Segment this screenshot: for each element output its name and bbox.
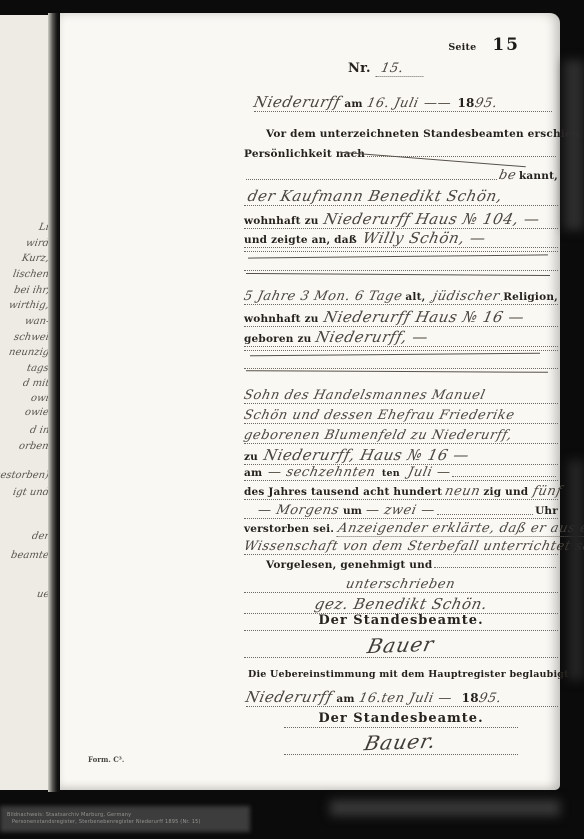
am-label: am bbox=[344, 98, 362, 110]
bekannt-prefix-written: be bbox=[497, 168, 517, 183]
persoenlichkeit-label: Persönlichkeit nach bbox=[244, 148, 365, 160]
scan-noise bbox=[330, 800, 560, 816]
standesbeamte-heading-2: Der Standesbeamte. bbox=[244, 711, 558, 726]
alt-label: alt, bbox=[405, 291, 425, 303]
cert-date: 16.ten Juli — bbox=[357, 691, 453, 706]
intro-line-2: Persönlichkeit nach bbox=[244, 148, 558, 160]
unterschrieben-written: unterschrieben bbox=[345, 577, 457, 592]
bekannt-row: be kannt, bbox=[244, 168, 558, 183]
page-header: Seite 15 bbox=[244, 35, 558, 55]
geboren-label: geboren zu bbox=[244, 333, 311, 345]
margin-fragment: wirthig, bbox=[8, 300, 50, 311]
declaration-row-1: verstorben sei. Anzeigender erklärte, da… bbox=[244, 521, 558, 537]
year-line-label: des Jahres tausend acht hundert bbox=[244, 486, 442, 498]
blank-line bbox=[244, 270, 558, 271]
year-tens-written: neun bbox=[444, 484, 482, 499]
page-fold-shadow bbox=[48, 13, 60, 792]
birthplace: Niederurff, — bbox=[315, 328, 431, 346]
registrar-signature-2: Bauer. bbox=[363, 729, 440, 755]
death-day: — sechzehnten bbox=[267, 465, 378, 480]
zu-label: zu bbox=[244, 451, 258, 463]
blank-line bbox=[244, 251, 558, 252]
informant-name: der Kaufmann Benedikt Schön, bbox=[246, 187, 504, 205]
year-ones-written: fünf bbox=[532, 484, 564, 499]
registrar-signature-row-2: Bauer. bbox=[284, 732, 518, 755]
religion-label: Religion, bbox=[503, 291, 558, 303]
year-written: 95. bbox=[473, 96, 499, 111]
standesbeamte-label-2: Der Standesbeamte. bbox=[318, 711, 483, 726]
scan-noise bbox=[568, 460, 584, 680]
margin-fragment: d in bbox=[29, 425, 50, 436]
uhr-label: Uhr bbox=[535, 505, 558, 517]
cert-place: Niederurff bbox=[244, 688, 334, 706]
cert-dateline-row: Niederurff am 16.ten Juli — 18 95. bbox=[246, 688, 558, 707]
record-number-row: Nr. 15. bbox=[348, 61, 558, 77]
deceased-residence: Niederurff Haus № 16 — bbox=[322, 308, 526, 326]
um-label: um bbox=[343, 505, 362, 517]
register-page: Seite 15 Nr. 15. Niederurff am 16. Juli … bbox=[60, 13, 560, 790]
death-time-row: — Morgens um — zwei — Uhr bbox=[244, 503, 558, 519]
declaration-row-2: Wissenschaft von dem Sterbefall unterric… bbox=[244, 539, 558, 555]
registrar-signature-1: Bauer bbox=[365, 632, 437, 658]
ten-label: ten bbox=[382, 468, 400, 479]
death-year-row: des Jahres tausend acht hundert neun zig… bbox=[244, 484, 558, 500]
certification-row: Die Uebereinstimmung mit dem Hauptregist… bbox=[248, 669, 558, 680]
parents-line-3: geborenen Blumenfeld zu Niederurff, bbox=[242, 428, 513, 443]
vorgelesen-row: Vorgelesen, genehmigt und bbox=[266, 559, 558, 571]
clerk-filler-stroke bbox=[250, 353, 540, 357]
seite-label: Seite bbox=[448, 42, 476, 53]
form-content: Seite 15 Nr. 15. Niederurff am 16. Juli … bbox=[244, 13, 558, 790]
time-of-day-written: — Morgens bbox=[256, 503, 340, 518]
scan-noise bbox=[564, 60, 584, 230]
death-place-row: zu Niederurff, Haus № 16 — bbox=[244, 446, 558, 465]
cert-am-label: am bbox=[336, 693, 354, 705]
age-written: 5 Jahre 3 Mon. 6 Tage bbox=[242, 289, 404, 304]
blank-rule bbox=[434, 565, 556, 568]
margin-fragment: orben bbox=[18, 441, 50, 452]
death-place: Niederurff, Haus № 16 — bbox=[262, 446, 471, 464]
year-printed: 18 bbox=[457, 96, 474, 110]
margin-fragment: owi bbox=[30, 393, 50, 404]
watermark-line-1: Bildnachweis: Staatsarchiv Marburg, Germ… bbox=[7, 812, 131, 819]
form-number: Form. C³. bbox=[88, 755, 124, 764]
margin-fragment: neunzig bbox=[8, 347, 50, 358]
cert-year-written: 95. bbox=[477, 691, 503, 706]
page-number: 15 bbox=[492, 35, 520, 55]
blank-rule bbox=[452, 474, 556, 477]
margin-fragment: d mit bbox=[22, 378, 50, 389]
blank-rule bbox=[246, 177, 497, 180]
standesbeamte-heading-1: Der Standesbeamte. bbox=[244, 613, 558, 628]
wohnhaft2-label: wohnhaft zu bbox=[244, 313, 319, 325]
zig-und-label: zig und bbox=[483, 486, 528, 498]
registrar-signature-row-1: Bauer bbox=[244, 635, 558, 658]
deceased-residence-row: wohnhaft zu Niederurff Haus № 16 — bbox=[244, 308, 558, 327]
nr-label: Nr. bbox=[348, 61, 371, 76]
margin-fragment: owie bbox=[24, 407, 50, 418]
margin-fragment: Kurz, bbox=[21, 253, 50, 264]
margin-fragment: tags bbox=[27, 363, 50, 374]
parents-line-1: Sohn des Handelsmannes Manuel bbox=[242, 388, 486, 403]
death-month: Juli — bbox=[406, 465, 452, 480]
intro-line-1: Vor dem unterzeichneten Standesbeamten e… bbox=[266, 128, 558, 140]
parents-row-3: geborenen Blumenfeld zu Niederurff, bbox=[244, 428, 558, 444]
kannt-label: kannt, bbox=[519, 170, 558, 182]
record-number: 15. bbox=[375, 61, 427, 77]
declaration-line-1: Anzeigender erklärte, daß er aus eigener bbox=[336, 521, 584, 537]
blank-rule bbox=[437, 512, 533, 515]
clerk-filler-stroke bbox=[246, 370, 548, 373]
deceased-name: Willy Schön, — bbox=[361, 229, 488, 247]
clerk-filler-stroke bbox=[246, 273, 550, 276]
declaration-line-2: Wissenschaft von dem Sterbefall unterric… bbox=[242, 539, 584, 554]
margin-fragment: bei ihr, bbox=[13, 285, 50, 296]
dateline-row: Niederurff am 16. Juli —— 18 95. bbox=[254, 93, 552, 112]
dateline-date: 16. Juli bbox=[365, 96, 420, 111]
dateline-dash: —— bbox=[423, 96, 453, 111]
dateline-place: Niederurff bbox=[252, 93, 342, 111]
signature-rule bbox=[284, 727, 518, 728]
parents-row-1: Sohn des Handelsmannes Manuel bbox=[244, 388, 558, 404]
margin-fragment: wan- bbox=[24, 316, 50, 327]
hour-written: — zwei — bbox=[365, 503, 437, 518]
vorgelesen-label: Vorgelesen, genehmigt und bbox=[266, 559, 432, 571]
clerk-filler-stroke bbox=[248, 254, 548, 258]
parents-row-2: Schön und dessen Ehefrau Friederike bbox=[244, 408, 558, 424]
unterschrieben-row: unterschrieben bbox=[244, 577, 558, 593]
gez-signature: gez. Benedikt Schön. bbox=[313, 595, 489, 613]
informant-residence: Niederurff Haus № 104, — bbox=[322, 210, 542, 228]
margin-fragment: igt und bbox=[12, 487, 50, 498]
standesbeamte-label-1: Der Standesbeamte. bbox=[318, 613, 483, 628]
gez-signature-row: gez. Benedikt Schön. bbox=[244, 595, 558, 614]
deceased-row: und zeigte an, daß Willy Schön, — bbox=[244, 229, 558, 248]
informant-row: der Kaufmann Benedikt Schön, bbox=[244, 187, 558, 206]
margin-fragment: gestorben) bbox=[0, 470, 50, 481]
cert-year-printed: 18 bbox=[462, 691, 479, 705]
am-death-label: am bbox=[244, 467, 262, 479]
age-religion-row: 5 Jahre 3 Mon. 6 Tage alt, jüdischer Rel… bbox=[244, 289, 558, 305]
margin-fragment: beamte bbox=[10, 550, 50, 561]
margin-fragment: lischen bbox=[12, 269, 50, 280]
certification-text: Die Uebereinstimmung mit dem Hauptregist… bbox=[248, 669, 569, 680]
informant-residence-row: wohnhaft zu Niederurff Haus № 104, — bbox=[244, 210, 558, 229]
signature-rule bbox=[244, 630, 558, 631]
margin-fragment: wird bbox=[25, 238, 50, 249]
death-date-row: am — sechzehnten ten Juli — bbox=[244, 465, 558, 481]
scan-background: { "page_header": { "seite_label": "Seite… bbox=[0, 0, 584, 839]
margin-fragment: schwel bbox=[13, 332, 50, 343]
parents-line-2: Schön und dessen Ehefrau Friederike bbox=[242, 408, 516, 423]
birthplace-row: geboren zu Niederurff, — bbox=[244, 328, 558, 347]
religion-written: jüdischer bbox=[431, 289, 501, 304]
intro-text-1: Vor dem unterzeichneten Standesbeamten e… bbox=[266, 128, 584, 140]
wohnhaft-label: wohnhaft zu bbox=[244, 215, 319, 227]
zeigte-label: und zeigte an, daß bbox=[244, 234, 357, 246]
neighbor-page: LiwirdKurz,lischenbei ihr,wirthig,wan-sc… bbox=[0, 15, 51, 790]
watermark-line-2: Personenstandsregister, Sterbenebenregis… bbox=[12, 819, 201, 826]
blank-line bbox=[244, 350, 558, 351]
blank-line bbox=[244, 368, 558, 369]
verstorben-label: verstorben sei. bbox=[244, 523, 334, 535]
